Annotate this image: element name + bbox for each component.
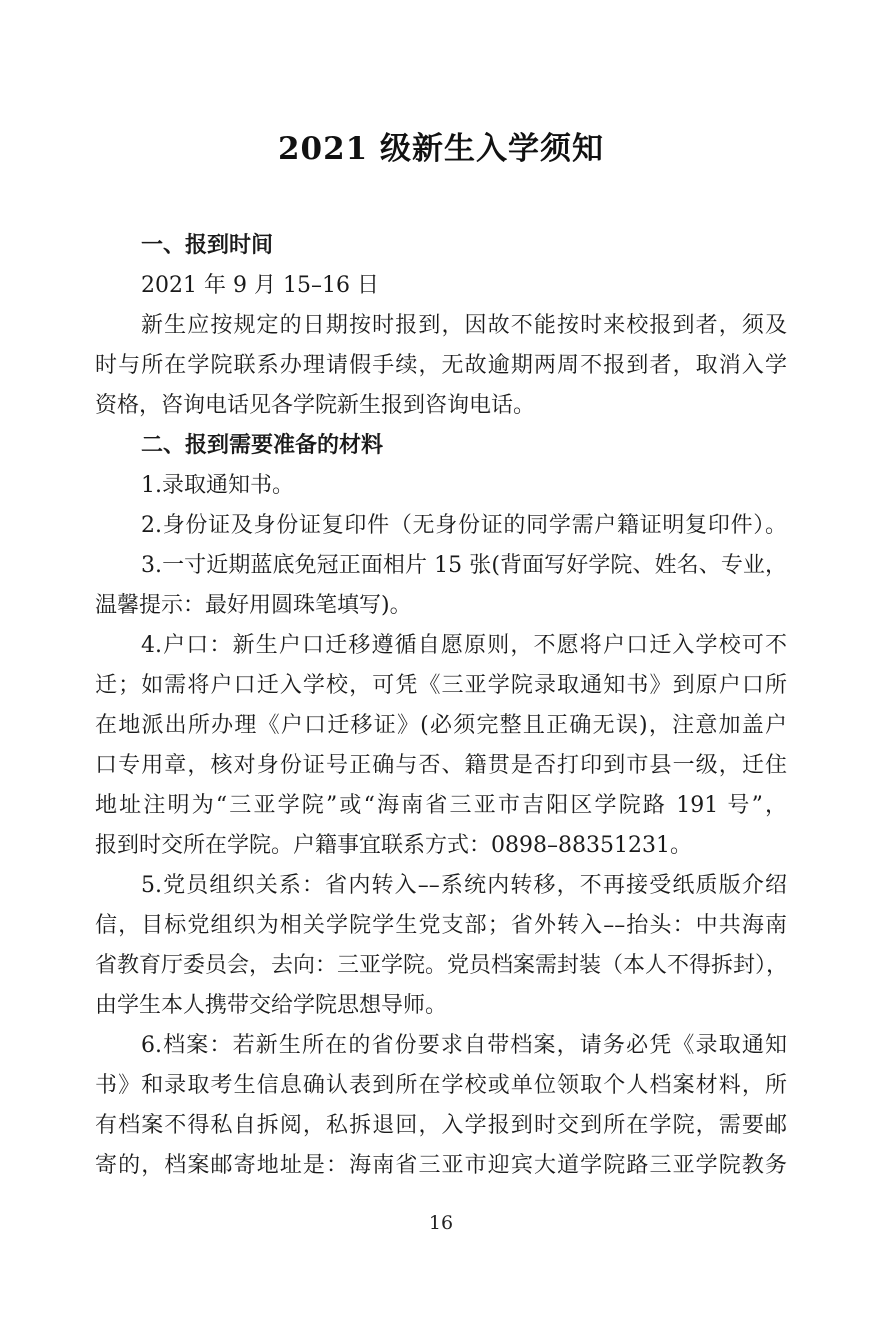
paragraph-line: 由学生本人携带交给学院思想导师。 — [95, 986, 787, 1026]
page-number: 16 — [0, 1208, 882, 1238]
list-item-admission-notice: 1.录取通知书。 — [95, 466, 787, 506]
paragraph-line: 省教育厅委员会，去向：三亚学院。党员档案需封装（本人不得拆封）， — [95, 946, 787, 986]
paragraph-line: 有档案不得私自拆阅，私拆退回，入学报到时交到所在学院，需要邮 — [95, 1106, 787, 1146]
paragraph-line: 新生应按规定的日期按时报到，因故不能按时来校报到者，须及 — [95, 306, 787, 346]
list-item-archives: 6.档案：若新生所在的省份要求自带档案，请务必凭《录取通知 — [95, 1026, 787, 1066]
paragraph-line: 口专用章，核对身份证号正确与否、籍贯是否打印到市县一级，迁住 — [95, 746, 787, 786]
document-body: 一、报到时间 2021 年 9 月 15–16 日 新生应按规定的日期按时报到，… — [95, 226, 787, 1186]
list-item-id-card: 2.身份证及身份证复印件（无身份证的同学需户籍证明复印件）。 — [95, 506, 787, 546]
paragraph-line: 书》和录取考生信息确认表到所在学校或单位领取个人档案材料，所 — [95, 1066, 787, 1106]
paragraph-line: 地址注明为“三亚学院”或“海南省三亚市吉阳区学院路 191 号”， — [95, 786, 787, 826]
list-item-party-membership: 5.党员组织关系：省内转入––系统内转移，不再接受纸质版介绍 — [95, 866, 787, 906]
section-heading-registration-time: 一、报到时间 — [95, 226, 787, 266]
list-item-photos: 3.一寸近期蓝底免冠正面相片 15 张(背面写好学院、姓名、专业， — [95, 546, 787, 586]
section-heading-materials: 二、报到需要准备的材料 — [95, 426, 787, 466]
document-page: 2021 级新生入学须知 一、报到时间 2021 年 9 月 15–16 日 新… — [0, 0, 882, 1323]
paragraph-line: 时与所在学院联系办理请假手续，无故逾期两周不报到者，取消入学 — [95, 346, 787, 386]
paragraph-line: 信，目标党组织为相关学院学生党支部；省外转入––抬头：中共海南 — [95, 906, 787, 946]
paragraph-line: 迁；如需将户口迁入学校，可凭《三亚学院录取通知书》到原户口所 — [95, 666, 787, 706]
paragraph-line: 资格，咨询电话见各学院新生报到咨询电话。 — [95, 386, 787, 426]
list-item-household-registration: 4.户口：新生户口迁移遵循自愿原则，不愿将户口迁入学校可不 — [95, 626, 787, 666]
document-title: 2021 级新生入学须知 — [0, 124, 882, 174]
paragraph-line: 在地派出所办理《户口迁移证》(必须完整且正确无误)，注意加盖户 — [95, 706, 787, 746]
paragraph-line: 温馨提示：最好用圆珠笔填写)。 — [95, 586, 787, 626]
paragraph-line: 报到时交所在学院。户籍事宜联系方式：0898–88351231。 — [95, 826, 787, 866]
registration-date: 2021 年 9 月 15–16 日 — [95, 266, 787, 306]
paragraph-line: 寄的，档案邮寄地址是：海南省三亚市迎宾大道学院路三亚学院教务 — [95, 1146, 787, 1186]
